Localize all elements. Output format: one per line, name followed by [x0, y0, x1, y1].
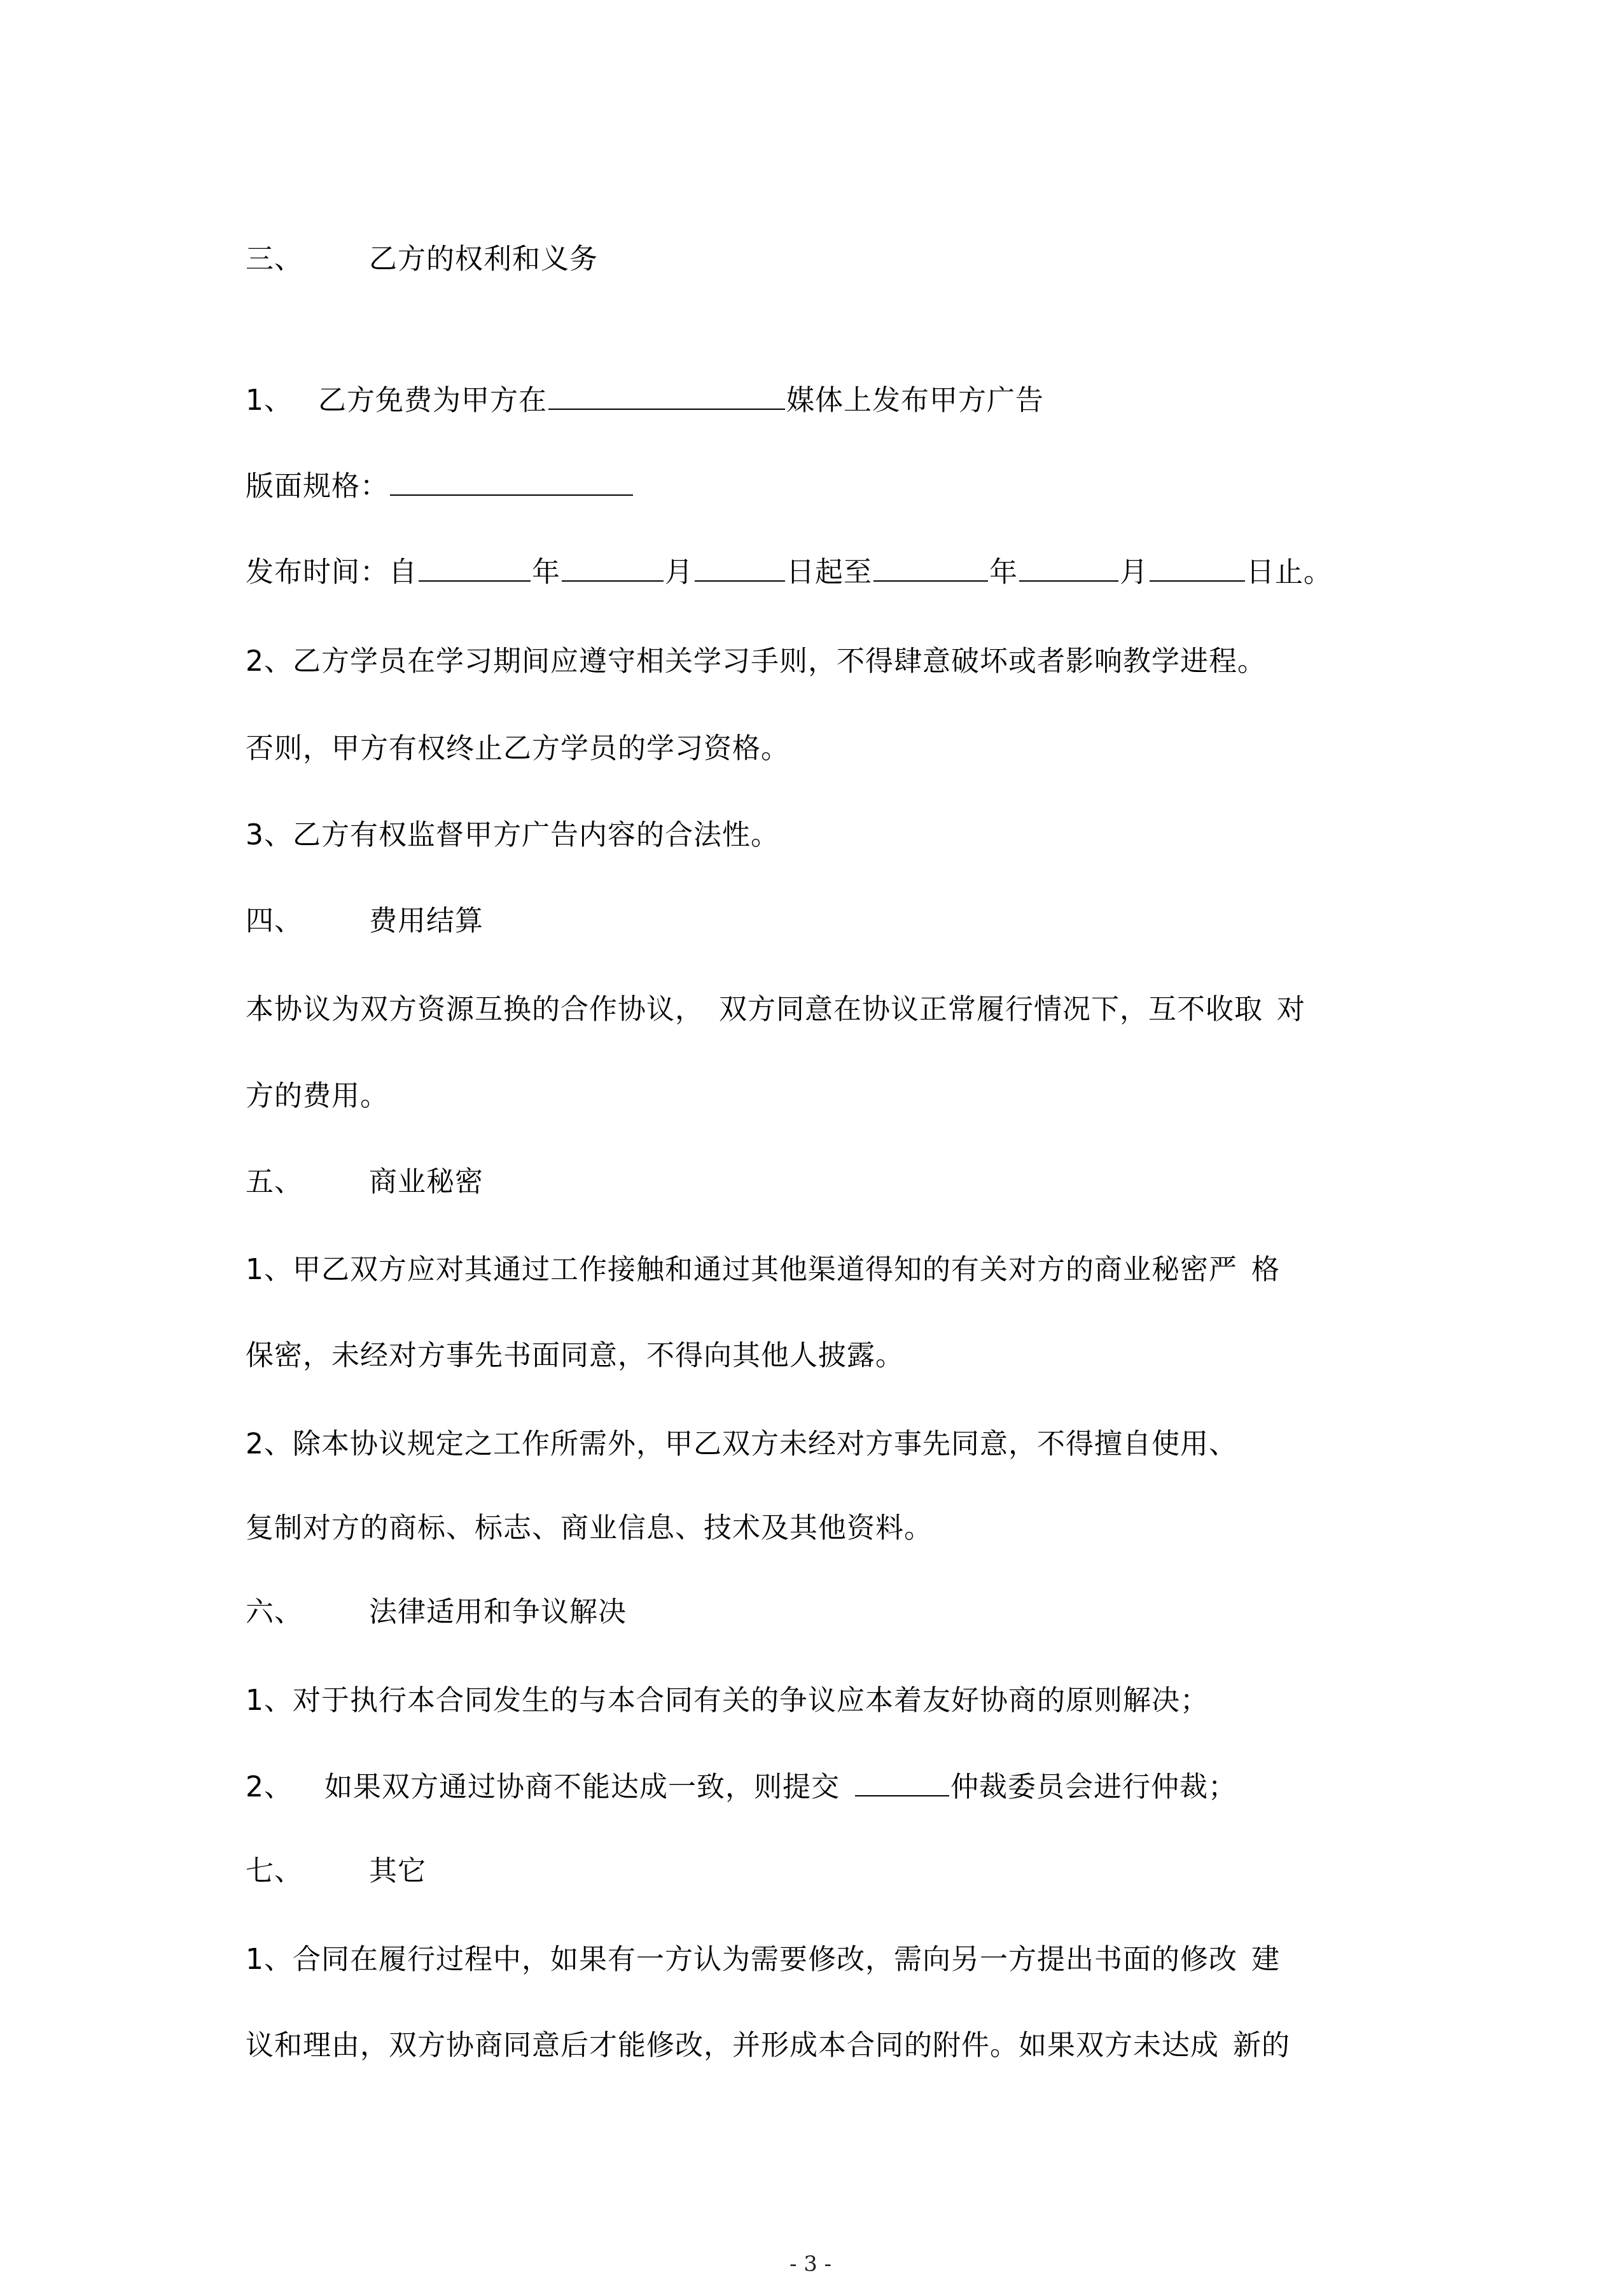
clause-6-2: 2、如果双方通过协商不能达成一致，则提交仲裁委员会进行仲裁；	[246, 1770, 1237, 1805]
clause-7-1-line2: 议和理由，双方协商同意后才能修改，并形成本合同的附件。如果双方未达成新的	[246, 2028, 1290, 2064]
section-title: 费用结算	[369, 905, 484, 937]
fee-paragraph-line1: 本协议为双方资源互换的合作协议，双方同意在协议正常履行情况下，互不收取对	[246, 992, 1305, 1028]
section-title: 法律适用和争议解决	[369, 1596, 627, 1628]
section-number: 四、	[246, 904, 369, 939]
section-title: 商业秘密	[369, 1166, 484, 1198]
section-number: 五、	[246, 1165, 369, 1200]
clause-5-2-line2: 复制对方的商标、标志、商业信息、技术及其他资料。	[246, 1511, 933, 1546]
start-month-blank[interactable]	[562, 555, 664, 582]
section-heading-7: 七、其它	[246, 1854, 426, 1889]
paragraph-text: 对	[1277, 993, 1305, 1026]
fee-paragraph-line2: 方的费用。	[246, 1079, 389, 1114]
section-heading-5: 五、商业秘密	[246, 1165, 484, 1200]
month-label: 月	[1120, 556, 1148, 589]
paragraph-text: 1、合同在履行过程中，如果有一方认为需要修改，需向另一方提出书面的修改	[246, 1943, 1237, 1976]
paragraph-text: 本协议为双方资源互换的合作协议，	[246, 993, 704, 1026]
page-number: - 3 -	[0, 2251, 1621, 2277]
end-year-blank[interactable]	[873, 555, 988, 582]
paragraph-text: 格	[1251, 1254, 1280, 1286]
clause-5-1-line1: 1、甲乙双方应对其通过工作接触和通过其他渠道得知的有关对方的商业秘密严格	[246, 1252, 1280, 1288]
paragraph-text: 议和理由，双方协商同意后才能修改，并形成本合同的附件。如果双方未达成	[246, 2029, 1219, 2062]
end-day-blank[interactable]	[1150, 555, 1245, 582]
section-heading-4: 四、费用结算	[246, 904, 484, 939]
section-heading-6: 六、法律适用和争议解决	[246, 1595, 627, 1630]
clause-7-1-line1: 1、合同在履行过程中，如果有一方认为需要修改，需向另一方提出书面的修改建	[246, 1942, 1280, 1978]
clause-3-1: 1、乙方免费为甲方在媒体上发布甲方广告	[246, 383, 1044, 419]
paragraph-text: 双方同意在协议正常履行情况下，互不收取	[719, 993, 1263, 1026]
clause-text: 媒体上发布甲方广告	[786, 384, 1044, 417]
paragraph-text: 1、甲乙双方应对其通过工作接触和通过其他渠道得知的有关对方的商业秘密严	[246, 1254, 1237, 1286]
arbitration-commission-blank[interactable]	[855, 1770, 949, 1796]
paragraph-text: 新的	[1233, 2029, 1290, 2062]
layout-spec-blank-field[interactable]	[390, 469, 633, 496]
media-blank-field[interactable]	[548, 383, 785, 410]
section-number: 六、	[246, 1595, 369, 1630]
year-label: 年	[989, 556, 1018, 589]
publish-date-line: 发布时间：自年月日起至年月日止。	[246, 555, 1332, 591]
clause-prefix: 2、	[246, 1771, 293, 1803]
year-label: 年	[532, 556, 560, 589]
clause-5-2-line1: 2、除本协议规定之工作所需外，甲乙双方未经对方事先同意，不得擅自使用、	[246, 1427, 1237, 1462]
day-to-label: 日止。	[1246, 556, 1332, 589]
clause-5-1-line2: 保密，未经对方事先书面同意，不得向其他人披露。	[246, 1338, 904, 1374]
month-label: 月	[665, 556, 693, 589]
clause-text: 仲裁委员会进行仲裁；	[950, 1771, 1237, 1803]
section-title: 其它	[369, 1855, 426, 1887]
end-month-blank[interactable]	[1019, 555, 1118, 582]
section-heading-3: 三、乙方的权利和义务	[246, 242, 598, 277]
layout-spec-line: 版面规格：	[246, 469, 634, 505]
clause-3-2-line1: 2、乙方学员在学习期间应遵守相关学习手则，不得肆意破坏或者影响教学进程。	[246, 644, 1266, 680]
clause-text: 如果双方通过协商不能达成一致，则提交	[324, 1771, 840, 1803]
paragraph-text: 建	[1251, 1943, 1280, 1976]
clause-3-3: 3、乙方有权监督甲方广告内容的合法性。	[246, 818, 779, 853]
start-year-blank[interactable]	[419, 555, 531, 582]
layout-spec-label: 版面规格：	[246, 470, 389, 503]
start-day-blank[interactable]	[695, 555, 785, 582]
clause-6-1: 1、对于执行本合同发生的与本合同有关的争议应本着友好协商的原则解决；	[246, 1683, 1209, 1719]
publish-date-label: 发布时间：自	[246, 556, 417, 589]
day-from-label: 日起至	[786, 556, 872, 589]
section-title: 乙方的权利和义务	[369, 243, 598, 276]
section-number: 七、	[246, 1854, 369, 1889]
clause-text: 乙方免费为甲方在	[318, 384, 547, 417]
clause-3-2-line2: 否则，甲方有权终止乙方学员的学习资格。	[246, 731, 790, 767]
clause-prefix: 1、	[246, 384, 293, 417]
section-number: 三、	[246, 242, 369, 277]
document-page: 三、乙方的权利和义务 1、乙方免费为甲方在媒体上发布甲方广告 版面规格： 发布时…	[0, 0, 1621, 2296]
